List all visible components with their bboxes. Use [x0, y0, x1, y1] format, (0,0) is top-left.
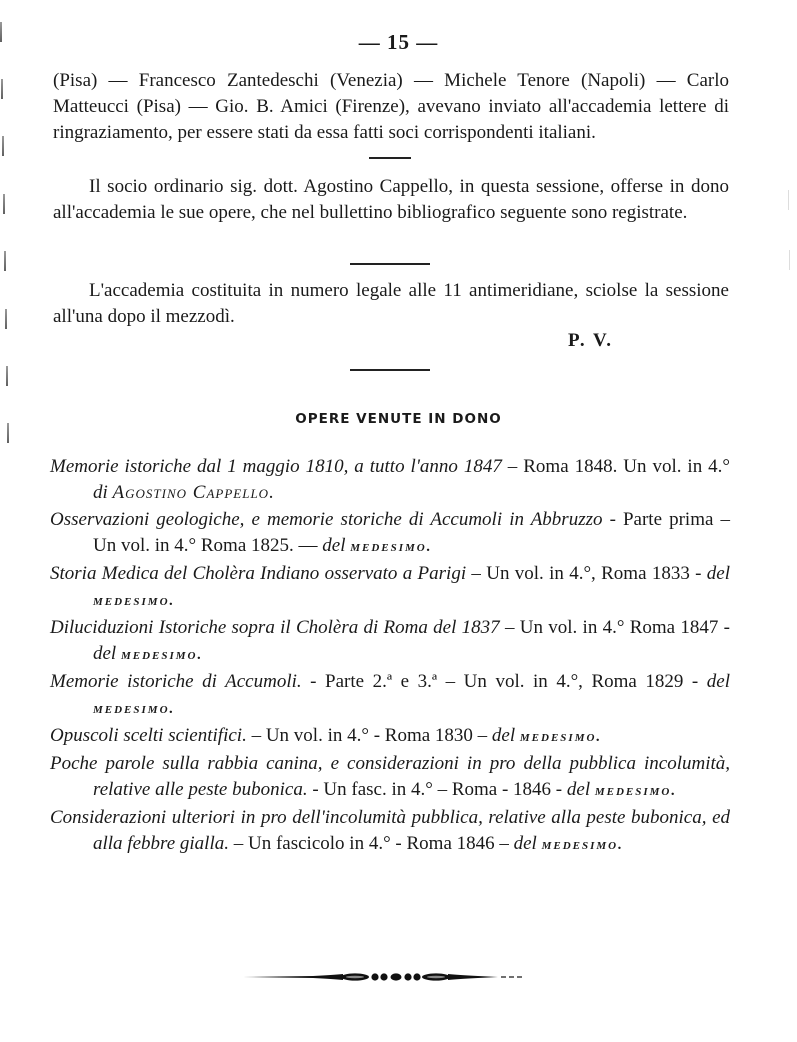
- entry-details: - Parte 2.ª e 3.ª – Un vol. in 4.°, Roma…: [302, 671, 707, 692]
- entry-title: Memorie istoriche di Accumoli.: [50, 671, 302, 692]
- separator-rule: [350, 369, 430, 371]
- entry-suffix: di: [93, 482, 113, 503]
- entry-details: - Un fasc. in 4.° – Roma - 1846 -: [308, 779, 567, 800]
- separator-rule: [350, 263, 430, 265]
- scanned-page: — 15 — (Pisa) — Francesco Zantedeschi (V…: [0, 0, 797, 1042]
- entry-suffix: del: [707, 563, 730, 584]
- paragraph-text: L'accademia costituita in numero legale …: [53, 280, 729, 327]
- entry-suffix: del: [322, 535, 350, 556]
- entry-author: medesimo.: [93, 593, 175, 609]
- entry-title: Memorie istoriche dal 1 maggio 1810, a t…: [50, 456, 502, 477]
- scan-edge-mark: [4, 251, 6, 271]
- entry-details: – Un vol. in 4.° Roma 1847 -: [500, 617, 730, 638]
- entry-details: – Un vol. in 4.° - Roma 1830 –: [247, 725, 492, 746]
- section-title: OPERE VENUTE IN DONO: [0, 411, 797, 427]
- entry-suffix: del: [514, 833, 542, 854]
- entry-title: Diluciduzioni Istoriche sopra il Cholèra…: [50, 617, 500, 638]
- entry-title: Storia Medica del Cholèra Indiano osserv…: [50, 563, 466, 584]
- bibliography-entry: Storia Medica del Cholèra Indiano osserv…: [50, 561, 730, 614]
- signature: P. V.: [568, 330, 613, 352]
- entry-suffix: del: [93, 643, 121, 664]
- separator-rule: [369, 157, 411, 159]
- ornamental-divider-icon: [243, 970, 523, 984]
- bibliography-entry: Poche parole sulla rabbia canina, e cons…: [50, 751, 730, 804]
- scan-edge-mark: [788, 190, 789, 210]
- scan-edge-mark: [789, 250, 790, 270]
- bibliography-list: Memorie istoriche dal 1 maggio 1810, a t…: [50, 454, 730, 859]
- bibliography-entry: Diluciduzioni Istoriche sopra il Cholèra…: [50, 615, 730, 668]
- page-number: — 15 —: [0, 30, 797, 55]
- paragraph-text: (Pisa) — Francesco Zantedeschi (Venezia)…: [53, 70, 729, 143]
- bibliography-entry: Memorie istoriche di Accumoli. - Parte 2…: [50, 669, 730, 722]
- paragraph-donation: Il socio ordinario sig. dott. Agostino C…: [53, 174, 729, 226]
- entry-author: Agostino Cappello.: [113, 482, 275, 503]
- entry-suffix: del: [707, 671, 730, 692]
- paragraph-session-close: L'accademia costituita in numero legale …: [53, 278, 729, 330]
- bibliography-entry: Considerazioni ulteriori in pro dell'inc…: [50, 805, 730, 858]
- entry-details: – Roma 1848. Un vol. in 4.°: [502, 456, 730, 477]
- scan-edge-mark: [2, 136, 4, 156]
- entry-suffix: del: [492, 725, 520, 746]
- paragraph-correspondents: (Pisa) — Francesco Zantedeschi (Venezia)…: [53, 68, 729, 146]
- entry-author: medesimo.: [350, 539, 432, 555]
- entry-author: medesimo.: [121, 647, 203, 663]
- entry-title: Osservazioni geologiche, e memorie stori…: [50, 509, 603, 530]
- entry-author: medesimo.: [595, 783, 677, 799]
- scan-edge-mark: [1, 79, 3, 99]
- bibliography-entry: Opuscoli scelti scientifici. – Un vol. i…: [50, 723, 730, 750]
- entry-author: medesimo.: [93, 701, 175, 717]
- entry-author: medesimo.: [542, 837, 624, 853]
- entry-details: – Un fascicolo in 4.° - Roma 1846 –: [229, 833, 514, 854]
- entry-details: – Un vol. in 4.°, Roma 1833 -: [466, 563, 707, 584]
- scan-edge-mark: [6, 366, 8, 386]
- entry-suffix: del: [567, 779, 595, 800]
- scan-edge-mark: [3, 194, 5, 214]
- paragraph-text: Il socio ordinario sig. dott. Agostino C…: [53, 176, 729, 223]
- entry-author: medesimo.: [520, 729, 602, 745]
- bibliography-entry: Memorie istoriche dal 1 maggio 1810, a t…: [50, 454, 730, 506]
- bibliography-entry: Osservazioni geologiche, e memorie stori…: [50, 507, 730, 560]
- entry-title: Opuscoli scelti scientifici.: [50, 725, 247, 746]
- scan-edge-mark: [5, 309, 7, 329]
